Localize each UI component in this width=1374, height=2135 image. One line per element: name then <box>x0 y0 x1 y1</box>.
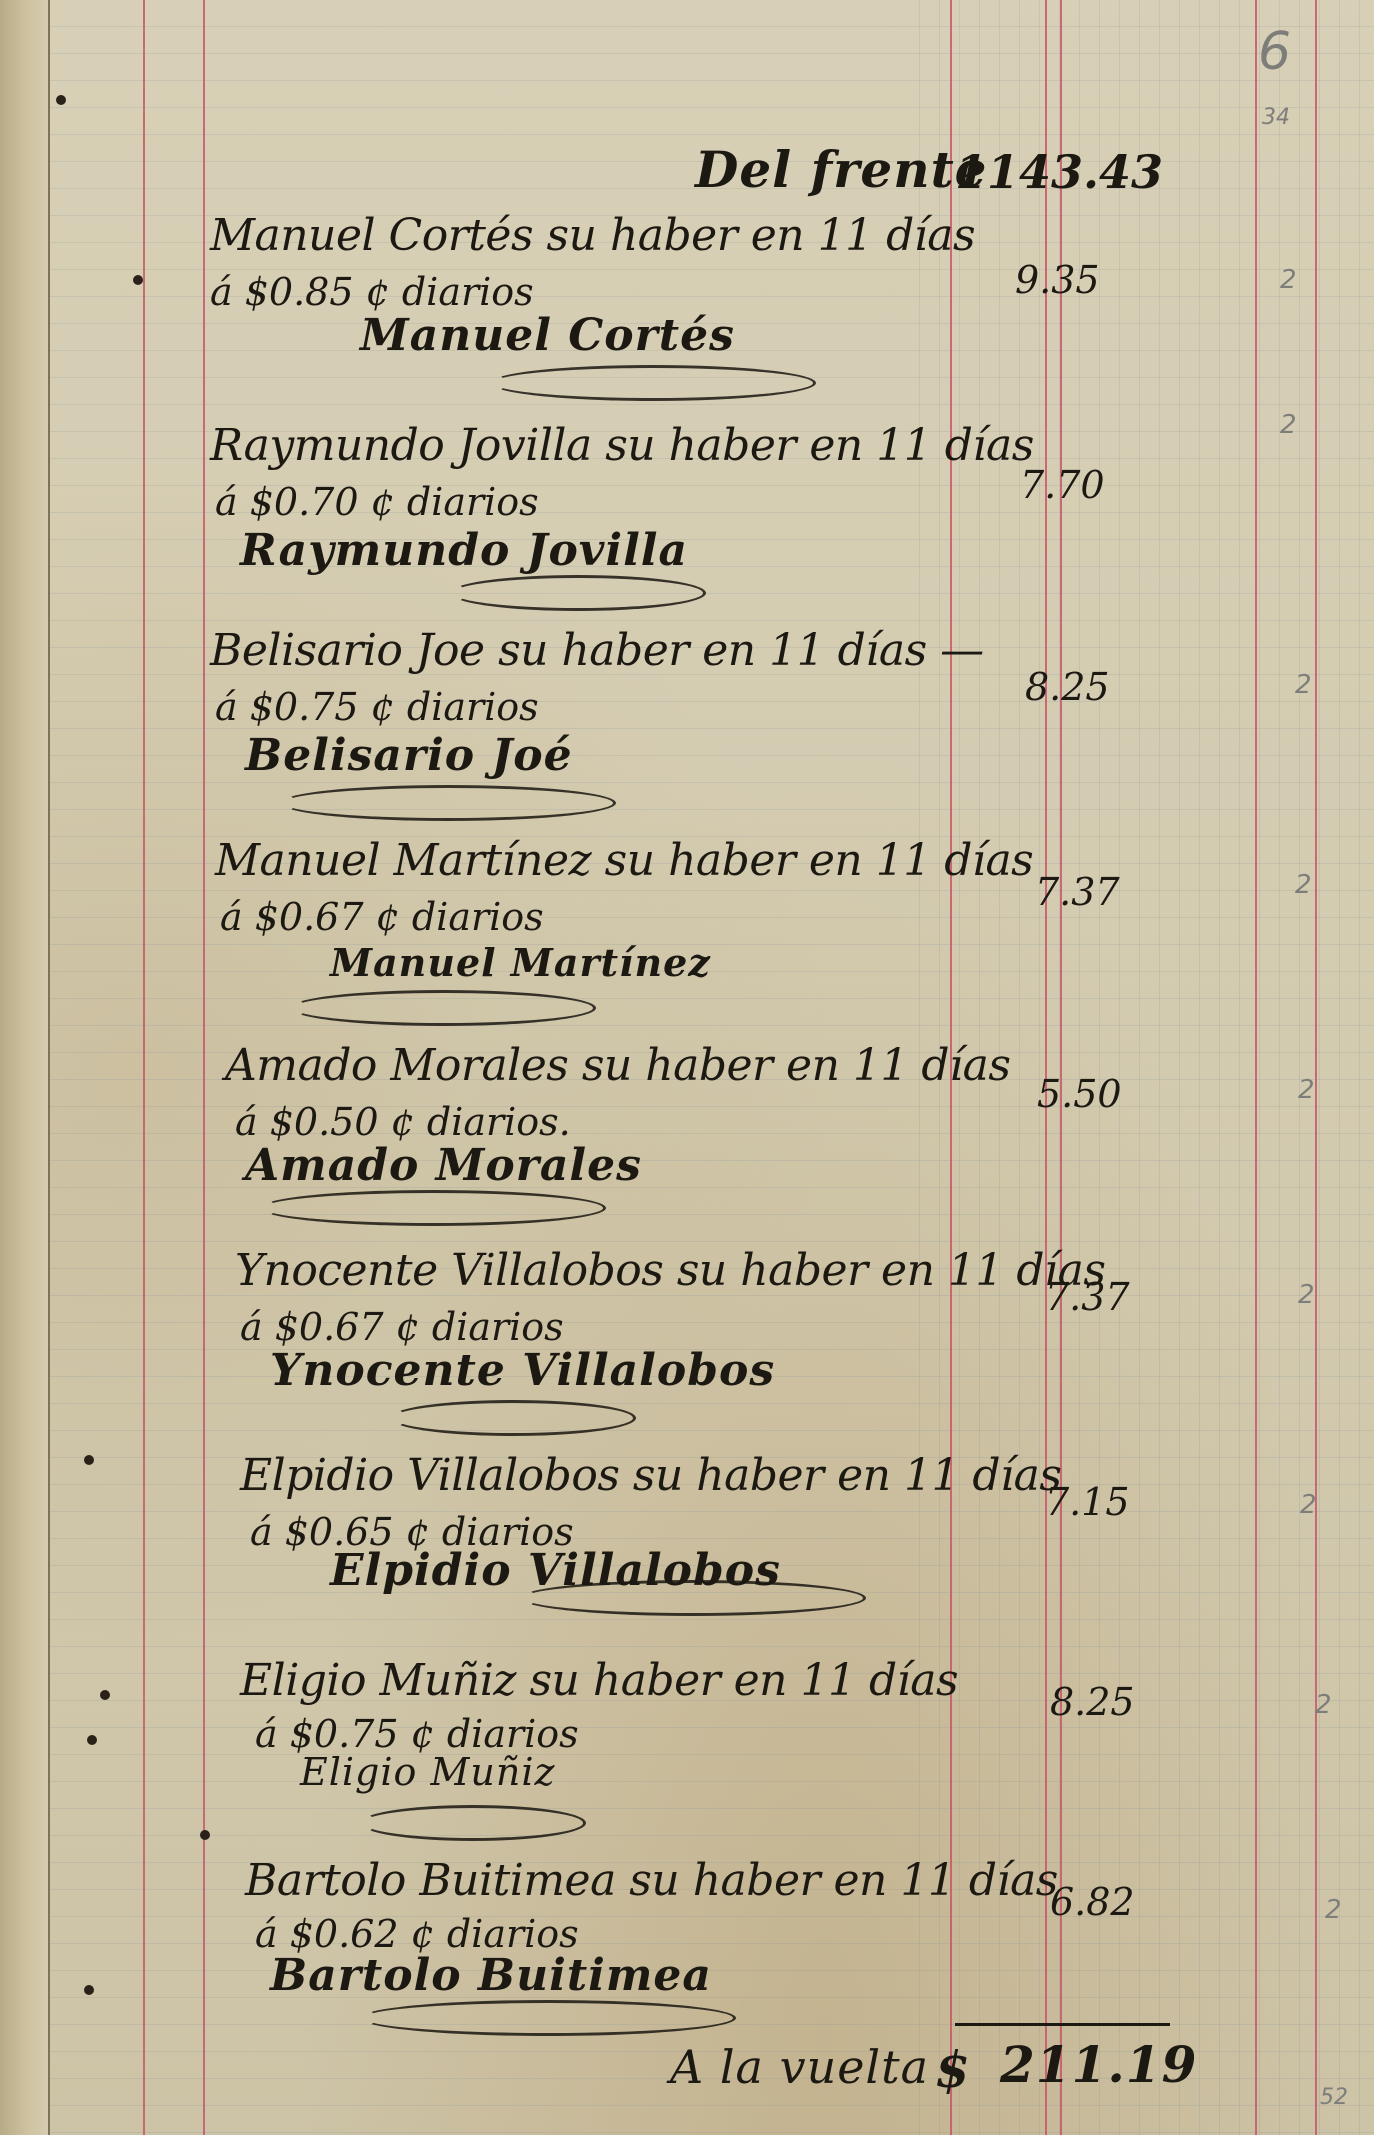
signature-flourish <box>490 365 816 401</box>
entry-description: Raymundo Jovilla su haber en 11 días <box>210 420 1034 471</box>
entry-rate: á $0.50 ¢ diarios. <box>235 1100 571 1144</box>
entry-amount: 7.37 <box>1045 1275 1130 1319</box>
binding-hole <box>133 275 143 285</box>
entry-description: Manuel Cortés su haber en 11 días <box>210 210 975 261</box>
binding-edge <box>0 0 50 2135</box>
entry-signature: Manuel Martínez <box>330 940 711 985</box>
margin-mark: 2 <box>1298 1075 1315 1105</box>
total-rule <box>955 2023 1170 2026</box>
margin-mark: 2 <box>1280 410 1297 440</box>
entry-signature: Eligio Muñiz <box>300 1750 556 1794</box>
entry-amount: 9.35 <box>1015 258 1100 302</box>
entry-signature: Bartolo Buitimea <box>270 1950 712 2001</box>
entry-description: Ynocente Villalobos su haber en 11 días <box>235 1245 1105 1296</box>
margin-mark: 2 <box>1315 1690 1332 1720</box>
binding-hole <box>200 1830 210 1840</box>
entry-description: Belisario Joe su haber en 11 días — <box>210 625 984 676</box>
red-margin-line-2 <box>203 0 205 2135</box>
bottom-margin-pencil: 52 <box>1320 2085 1348 2110</box>
margin-mark: 2 <box>1300 1490 1317 1520</box>
signature-flourish <box>290 990 596 1026</box>
entry-signature: Ynocente Villalobos <box>270 1345 775 1396</box>
signature-flourish <box>360 1805 586 1841</box>
carried-to-amount: 211.19 <box>1000 2035 1197 2094</box>
entry-rate: á $0.67 ¢ diarios <box>220 895 544 939</box>
entry-description: Elpidio Villalobos su haber en 11 días <box>240 1450 1061 1501</box>
signature-flourish <box>360 2000 736 2036</box>
red-right-line-1 <box>1255 0 1257 2135</box>
signature-flourish <box>260 1190 606 1226</box>
entry-amount: 7.37 <box>1035 870 1120 914</box>
binding-hole <box>84 1985 94 1995</box>
binding-hole <box>100 1690 110 1700</box>
currency-symbol: $ <box>935 2040 971 2099</box>
signature-flourish <box>390 1400 636 1436</box>
margin-mark: 2 <box>1295 670 1312 700</box>
signature-flourish <box>450 575 706 611</box>
margin-mark: 2 <box>1280 265 1297 295</box>
margin-mark: 2 <box>1325 1895 1342 1925</box>
entry-amount: 8.25 <box>1025 665 1110 709</box>
red-right-line-2 <box>1315 0 1317 2135</box>
ledger-page: 6 34 Del frente 1143.43 Manuel Cortés su… <box>0 0 1374 2135</box>
red-amount-line-2 <box>1045 0 1047 2135</box>
margin-mark: 2 <box>1298 1280 1315 1310</box>
red-amount-line-3 <box>1060 0 1062 2135</box>
margin-mark: 2 <box>1295 870 1312 900</box>
entry-signature: Amado Morales <box>245 1140 642 1191</box>
entry-rate: á $0.70 ¢ diarios <box>215 480 539 524</box>
entry-signature: Raymundo Jovilla <box>240 525 688 576</box>
entry-amount: 7.70 <box>1020 463 1105 507</box>
entry-description: Manuel Martínez su haber en 11 días <box>215 835 1033 886</box>
entry-description: Amado Morales su haber en 11 días <box>225 1040 1010 1091</box>
entry-rate: á $0.67 ¢ diarios <box>240 1305 564 1349</box>
entry-description: Bartolo Buitimea su haber en 11 días <box>245 1855 1058 1906</box>
entry-signature: Manuel Cortés <box>360 310 735 361</box>
entry-amount: 5.50 <box>1037 1072 1122 1116</box>
entry-signature: Belisario Joé <box>245 730 573 781</box>
page-number-pencil: 34 <box>1262 105 1290 130</box>
entry-amount: 7.15 <box>1045 1480 1130 1524</box>
red-margin-line-1 <box>143 0 145 2135</box>
carried-forward-amount: 1143.43 <box>955 145 1163 199</box>
entry-amount: 6.82 <box>1050 1880 1135 1924</box>
binding-hole <box>84 1455 94 1465</box>
entry-amount: 8.25 <box>1050 1680 1135 1724</box>
carried-to-label: A la vuelta <box>670 2040 929 2094</box>
carried-forward-label: Del frente <box>695 140 988 199</box>
binding-hole <box>87 1735 97 1745</box>
page-number: 6 <box>1258 22 1291 82</box>
entry-description: Eligio Muñiz su haber en 11 días <box>240 1655 958 1706</box>
binding-hole <box>56 95 66 105</box>
signature-flourish <box>280 785 616 821</box>
entry-rate: á $0.85 ¢ diarios <box>210 270 534 314</box>
entry-rate: á $0.75 ¢ diarios <box>215 685 539 729</box>
signature-flourish <box>520 1580 866 1616</box>
